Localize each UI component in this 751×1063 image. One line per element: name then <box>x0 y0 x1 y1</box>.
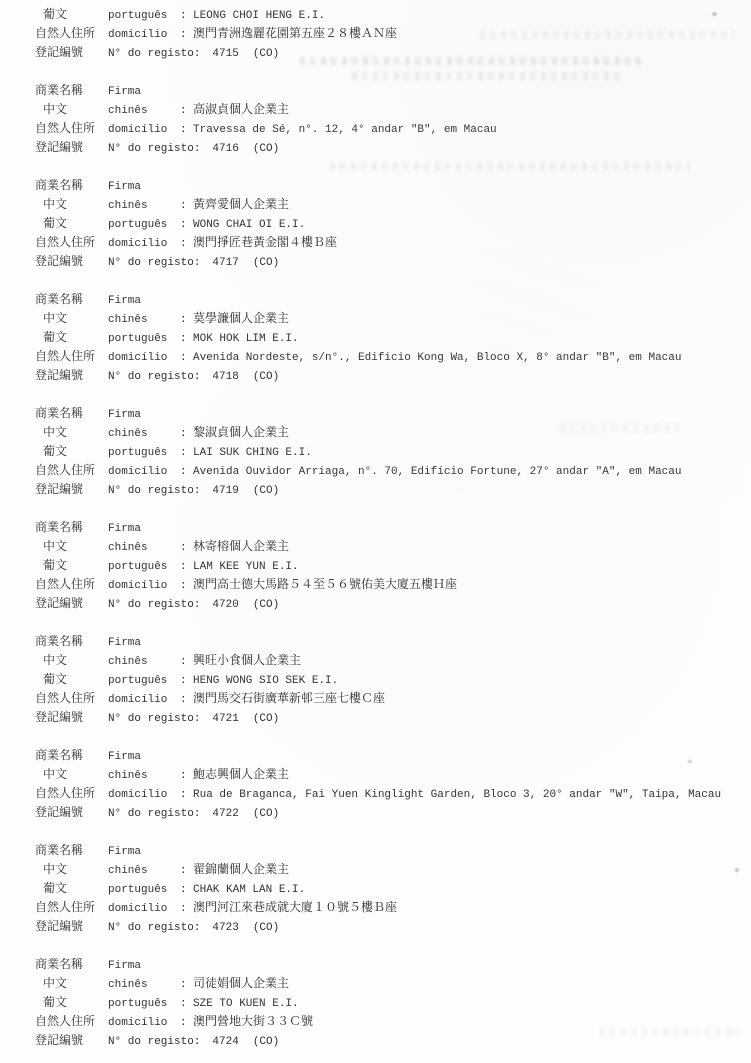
chinese-label-zh: 中文 <box>35 537 108 556</box>
firm-name-row: 商業名稱Firma <box>0 632 751 651</box>
domicile-label-zh: 自然人住所 <box>35 898 108 917</box>
firm-label-zh: 商業名稱 <box>35 176 108 195</box>
chinese-label-pt: chinês <box>108 767 180 786</box>
registration-suffix: (CO) <box>253 710 279 729</box>
domicile-row: 自然人住所domicílio:Rua de Braganca, Fai Yuen… <box>0 784 751 803</box>
portuguese-name-row: 葡文português:MOK HOK LIM E.I. <box>0 328 751 347</box>
separator-colon: : <box>180 881 193 900</box>
firm-label-zh: 商業名稱 <box>35 290 108 309</box>
domicile-label-zh: 自然人住所 <box>35 347 108 366</box>
domicile-value: Rua de Braganca, Fai Yuen Kinglight Gard… <box>193 786 721 805</box>
domicile-label-pt: domicílio <box>108 235 180 254</box>
domicile-value: 澳門高士德大馬路５４至５６號佑美大廈五樓Ｈ座 <box>193 575 457 594</box>
domicile-value: 澳門河江來巷成就大廈１０號５樓Ｂ座 <box>193 898 397 917</box>
chinese-label-zh: 中文 <box>35 860 108 879</box>
chinese-name-value: 黃齊愛個人企業主 <box>193 195 289 214</box>
registration-row: 登記編號N° do registo:4722(CO) <box>0 803 751 822</box>
registration-number: 4715 <box>212 45 238 64</box>
separator-colon: : <box>180 577 193 596</box>
firm-label-pt: Firma <box>108 178 180 197</box>
registration-suffix: (CO) <box>253 805 279 824</box>
firm-label-zh: 商業名稱 <box>35 632 108 651</box>
chinese-label-pt: chinês <box>108 862 180 881</box>
chinese-label-zh: 中文 <box>35 974 108 993</box>
portuguese-label-pt: português <box>108 558 180 577</box>
firm-label-zh: 商業名稱 <box>35 746 108 765</box>
portuguese-name-row: 葡文português:SZE TO KUEN E.I. <box>0 993 751 1012</box>
domicile-label-zh: 自然人住所 <box>35 575 108 594</box>
firm-name-row: 商業名稱Firma <box>0 81 751 100</box>
chinese-name-row: 中文chinês:莫學濂個人企業主 <box>0 309 751 328</box>
domicile-label-pt: domicílio <box>108 26 180 45</box>
registration-label-pt: N° do registo: <box>108 140 200 159</box>
registration-label-pt: N° do registo: <box>108 1033 200 1052</box>
separator-colon: : <box>180 444 193 463</box>
registration-label-pt: N° do registo: <box>108 254 200 273</box>
scan-smudge <box>330 162 690 170</box>
portuguese-name-value: LAI SUK CHING E.I. <box>193 444 312 463</box>
chinese-name-value: 鮑志興個人企業主 <box>193 765 289 784</box>
domicile-label-zh: 自然人住所 <box>35 461 108 480</box>
portuguese-label-pt: português <box>108 7 180 26</box>
firm-name-row: 商業名稱Firma <box>0 290 751 309</box>
chinese-name-value: 高淑貞個人企業主 <box>193 100 289 119</box>
separator-colon: : <box>180 976 193 995</box>
registration-number: 4724 <box>212 1033 238 1052</box>
domicile-label-pt: domicílio <box>108 900 180 919</box>
chinese-name-value: 黎淑貞個人企業主 <box>193 423 289 442</box>
registration-suffix: (CO) <box>253 45 279 64</box>
domicile-label-zh: 自然人住所 <box>35 24 108 43</box>
domicile-row: 自然人住所domicílio:Avenida Nordeste, s/n°., … <box>0 347 751 366</box>
chinese-name-row: 中文chinês:司徒娟個人企業主 <box>0 974 751 993</box>
registration-row: 登記編號N° do registo:4716(CO) <box>0 138 751 157</box>
firm-name-row: 商業名稱Firma <box>0 404 751 423</box>
registration-label-zh: 登記編號 <box>35 1031 108 1050</box>
chinese-name-value: 莫學濂個人企業主 <box>193 309 289 328</box>
domicile-value: 澳門營地大街３３Ｃ號 <box>193 1012 313 1031</box>
registration-label-zh: 登記編號 <box>35 480 108 499</box>
registry-entry: 商業名稱Firma中文chinês:興旺小食個人企業主葡文português:H… <box>0 632 751 727</box>
registration-suffix: (CO) <box>253 1033 279 1052</box>
portuguese-name-row: 葡文português:WONG CHAI OI E.I. <box>0 214 751 233</box>
registry-entry: 商業名稱Firma中文chinês:鮑志興個人企業主自然人住所domicílio… <box>0 746 751 822</box>
scan-speck <box>712 12 717 16</box>
separator-colon: : <box>180 311 193 330</box>
separator-colon: : <box>180 691 193 710</box>
separator-colon: : <box>180 463 193 482</box>
domicile-value: Travessa de Sé, n°. 12, 4° andar "B", em… <box>193 121 497 140</box>
separator-colon: : <box>180 102 193 121</box>
portuguese-label-zh: 葡文 <box>35 442 108 461</box>
portuguese-name-row: 葡文português:HENG WONG SIO SEK E.I. <box>0 670 751 689</box>
separator-colon: : <box>180 197 193 216</box>
separator-colon: : <box>180 900 193 919</box>
separator-colon: : <box>180 349 193 368</box>
portuguese-label-zh: 葡文 <box>35 556 108 575</box>
domicile-label-zh: 自然人住所 <box>35 233 108 252</box>
separator-colon: : <box>180 235 193 254</box>
chinese-name-value: 翟錦蘭個人企業主 <box>193 860 289 879</box>
separator-colon: : <box>180 425 193 444</box>
registration-label-zh: 登記編號 <box>35 252 108 271</box>
chinese-label-zh: 中文 <box>35 765 108 784</box>
registration-suffix: (CO) <box>253 482 279 501</box>
registration-row: 登記編號N° do registo:4721(CO) <box>0 708 751 727</box>
firm-label-pt: Firma <box>108 748 180 767</box>
chinese-name-row: 中文chinês:高淑貞個人企業主 <box>0 100 751 119</box>
registration-number: 4720 <box>212 596 238 615</box>
domicile-row: 自然人住所domicílio:Travessa de Sé, n°. 12, 4… <box>0 119 751 138</box>
separator-colon: : <box>180 653 193 672</box>
registry-entry: 商業名稱Firma中文chinês:黃齊愛個人企業主葡文português:WO… <box>0 176 751 271</box>
firm-label-zh: 商業名稱 <box>35 955 108 974</box>
chinese-label-pt: chinês <box>108 976 180 995</box>
chinese-label-pt: chinês <box>108 197 180 216</box>
firm-label-pt: Firma <box>108 406 180 425</box>
separator-colon: : <box>180 330 193 349</box>
registry-entry: 商業名稱Firma中文chinês:莫學濂個人企業主葡文português:MO… <box>0 290 751 385</box>
portuguese-name-row: 葡文português:LAI SUK CHING E.I. <box>0 442 751 461</box>
portuguese-name-row: 葡文português:CHAK KAM LAN E.I. <box>0 879 751 898</box>
domicile-row: 自然人住所domicílio:Avenida Ouvidor Arriaga, … <box>0 461 751 480</box>
scan-smudge <box>480 31 735 39</box>
firm-label-pt: Firma <box>108 520 180 539</box>
registration-label-pt: N° do registo: <box>108 45 200 64</box>
portuguese-label-zh: 葡文 <box>35 879 108 898</box>
portuguese-name-row: 葡文português:LAM KEE YUN E.I. <box>0 556 751 575</box>
scan-speck <box>688 760 692 763</box>
domicile-row: 自然人住所domicílio:澳門河江來巷成就大廈１０號５樓Ｂ座 <box>0 898 751 917</box>
registration-label-pt: N° do registo: <box>108 805 200 824</box>
domicile-label-pt: domicílio <box>108 1014 180 1033</box>
registration-row: 登記編號N° do registo:4717(CO) <box>0 252 751 271</box>
portuguese-label-pt: português <box>108 330 180 349</box>
registration-label-zh: 登記編號 <box>35 366 108 385</box>
chinese-name-row: 中文chinês:黃齊愛個人企業主 <box>0 195 751 214</box>
domicile-value: Avenida Nordeste, s/n°., Edificio Kong W… <box>193 349 681 368</box>
domicile-value: 澳門馬交石街廣華新邨三座七樓Ｃ座 <box>193 689 385 708</box>
firm-label-pt: Firma <box>108 83 180 102</box>
chinese-label-zh: 中文 <box>35 195 108 214</box>
domicile-label-zh: 自然人住所 <box>35 784 108 803</box>
domicile-row: 自然人住所domicílio:澳門掙匠巷黃金閣４樓Ｂ座 <box>0 233 751 252</box>
registration-number: 4717 <box>212 254 238 273</box>
firm-name-row: 商業名稱Firma <box>0 746 751 765</box>
registration-row: 登記編號N° do registo:4719(CO) <box>0 480 751 499</box>
portuguese-name-value: MOK HOK LIM E.I. <box>193 330 299 349</box>
registration-number: 4722 <box>212 805 238 824</box>
scan-smudge <box>560 424 680 432</box>
registration-label-pt: N° do registo: <box>108 919 200 938</box>
domicile-row: 自然人住所domicílio:澳門高士德大馬路５４至５６號佑美大廈五樓Ｈ座 <box>0 575 751 594</box>
domicile-label-zh: 自然人住所 <box>35 119 108 138</box>
firm-label-zh: 商業名稱 <box>35 518 108 537</box>
separator-colon: : <box>180 26 193 45</box>
registration-suffix: (CO) <box>253 368 279 387</box>
separator-colon: : <box>180 767 193 786</box>
firm-label-zh: 商業名稱 <box>35 81 108 100</box>
domicile-label-pt: domicílio <box>108 121 180 140</box>
chinese-name-value: 興旺小食個人企業主 <box>193 651 301 670</box>
domicile-value: 澳門青洲逸麗花園第五座２８樓ＡＮ座 <box>193 24 397 43</box>
chinese-label-pt: chinês <box>108 653 180 672</box>
chinese-name-row: 中文chinês:興旺小食個人企業主 <box>0 651 751 670</box>
registration-label-zh: 登記編號 <box>35 803 108 822</box>
firm-label-pt: Firma <box>108 634 180 653</box>
scan-smudge <box>300 57 645 65</box>
registration-label-pt: N° do registo: <box>108 596 200 615</box>
registration-number: 4721 <box>212 710 238 729</box>
chinese-label-zh: 中文 <box>35 651 108 670</box>
registry-entry: 商業名稱Firma中文chinês:高淑貞個人企業主自然人住所domicílio… <box>0 81 751 157</box>
chinese-name-row: 中文chinês:林寄榕個人企業主 <box>0 537 751 556</box>
domicile-label-pt: domicílio <box>108 349 180 368</box>
portuguese-label-pt: português <box>108 216 180 235</box>
separator-colon: : <box>180 1014 193 1033</box>
portuguese-label-zh: 葡文 <box>35 5 108 24</box>
firm-label-pt: Firma <box>108 843 180 862</box>
registration-row: 登記編號N° do registo:4723(CO) <box>0 917 751 936</box>
registration-label-zh: 登記編號 <box>35 917 108 936</box>
registration-label-zh: 登記編號 <box>35 43 108 62</box>
separator-colon: : <box>180 7 193 26</box>
chinese-label-pt: chinês <box>108 539 180 558</box>
firm-name-row: 商業名稱Firma <box>0 176 751 195</box>
chinese-name-row: 中文chinês:翟錦蘭個人企業主 <box>0 860 751 879</box>
registration-label-pt: N° do registo: <box>108 368 200 387</box>
separator-colon: : <box>180 995 193 1014</box>
separator-colon: : <box>180 539 193 558</box>
registration-suffix: (CO) <box>253 919 279 938</box>
domicile-label-pt: domicílio <box>108 786 180 805</box>
registration-label-pt: N° do registo: <box>108 482 200 501</box>
registry-entry: 商業名稱Firma中文chinês:翟錦蘭個人企業主葡文português:CH… <box>0 841 751 936</box>
registration-number: 4719 <box>212 482 238 501</box>
firm-label-zh: 商業名稱 <box>35 841 108 860</box>
registration-number: 4718 <box>212 368 238 387</box>
portuguese-label-zh: 葡文 <box>35 670 108 689</box>
chinese-label-pt: chinês <box>108 311 180 330</box>
domicile-row: 自然人住所domicílio:澳門馬交石街廣華新邨三座七樓Ｃ座 <box>0 689 751 708</box>
chinese-label-pt: chinês <box>108 425 180 444</box>
firm-label-zh: 商業名稱 <box>35 404 108 423</box>
domicile-label-pt: domicílio <box>108 463 180 482</box>
registration-label-zh: 登記編號 <box>35 708 108 727</box>
chinese-label-pt: chinês <box>108 102 180 121</box>
registration-row: 登記編號N° do registo:4718(CO) <box>0 366 751 385</box>
separator-colon: : <box>180 672 193 691</box>
portuguese-label-zh: 葡文 <box>35 214 108 233</box>
domicile-label-zh: 自然人住所 <box>35 689 108 708</box>
chinese-name-value: 司徒娟個人企業主 <box>193 974 289 993</box>
chinese-label-zh: 中文 <box>35 100 108 119</box>
portuguese-label-zh: 葡文 <box>35 328 108 347</box>
chinese-label-zh: 中文 <box>35 309 108 328</box>
portuguese-name-row: 葡文português:LEONG CHOI HENG E.I. <box>0 5 751 24</box>
chinese-name-row: 中文chinês:鮑志興個人企業主 <box>0 765 751 784</box>
registration-label-zh: 登記編號 <box>35 138 108 157</box>
portuguese-label-pt: português <box>108 672 180 691</box>
registration-label-pt: N° do registo: <box>108 710 200 729</box>
registration-number: 4723 <box>212 919 238 938</box>
domicile-value: 澳門掙匠巷黃金閣４樓Ｂ座 <box>193 233 337 252</box>
portuguese-label-pt: português <box>108 995 180 1014</box>
separator-colon: : <box>180 558 193 577</box>
portuguese-label-pt: português <box>108 881 180 900</box>
portuguese-label-pt: português <box>108 444 180 463</box>
registration-number: 4716 <box>212 140 238 159</box>
registry-entry: 商業名稱Firma中文chinês:黎淑貞個人企業主葡文português:LA… <box>0 404 751 499</box>
domicile-label-pt: domicílio <box>108 691 180 710</box>
registration-label-zh: 登記編號 <box>35 594 108 613</box>
domicile-label-zh: 自然人住所 <box>35 1012 108 1031</box>
registration-suffix: (CO) <box>253 140 279 159</box>
firm-label-pt: Firma <box>108 292 180 311</box>
scan-smudge <box>600 1028 740 1036</box>
portuguese-label-zh: 葡文 <box>35 993 108 1012</box>
firm-label-pt: Firma <box>108 957 180 976</box>
domicile-label-pt: domicílio <box>108 577 180 596</box>
separator-colon: : <box>180 862 193 881</box>
domicile-value: Avenida Ouvidor Arriaga, n°. 70, Edifíci… <box>193 463 681 482</box>
chinese-name-value: 林寄榕個人企業主 <box>193 537 289 556</box>
registry-entry: 商業名稱Firma中文chinês:林寄榕個人企業主葡文português:LA… <box>0 518 751 613</box>
registration-suffix: (CO) <box>253 254 279 273</box>
scan-smudge <box>352 72 622 80</box>
registration-suffix: (CO) <box>253 596 279 615</box>
separator-colon: : <box>180 786 193 805</box>
firm-name-row: 商業名稱Firma <box>0 955 751 974</box>
chinese-label-zh: 中文 <box>35 423 108 442</box>
firm-name-row: 商業名稱Firma <box>0 841 751 860</box>
registration-row: 登記編號N° do registo:4720(CO) <box>0 594 751 613</box>
separator-colon: : <box>180 121 193 140</box>
separator-colon: : <box>180 216 193 235</box>
scan-speck <box>735 868 739 872</box>
firm-name-row: 商業名稱Firma <box>0 518 751 537</box>
